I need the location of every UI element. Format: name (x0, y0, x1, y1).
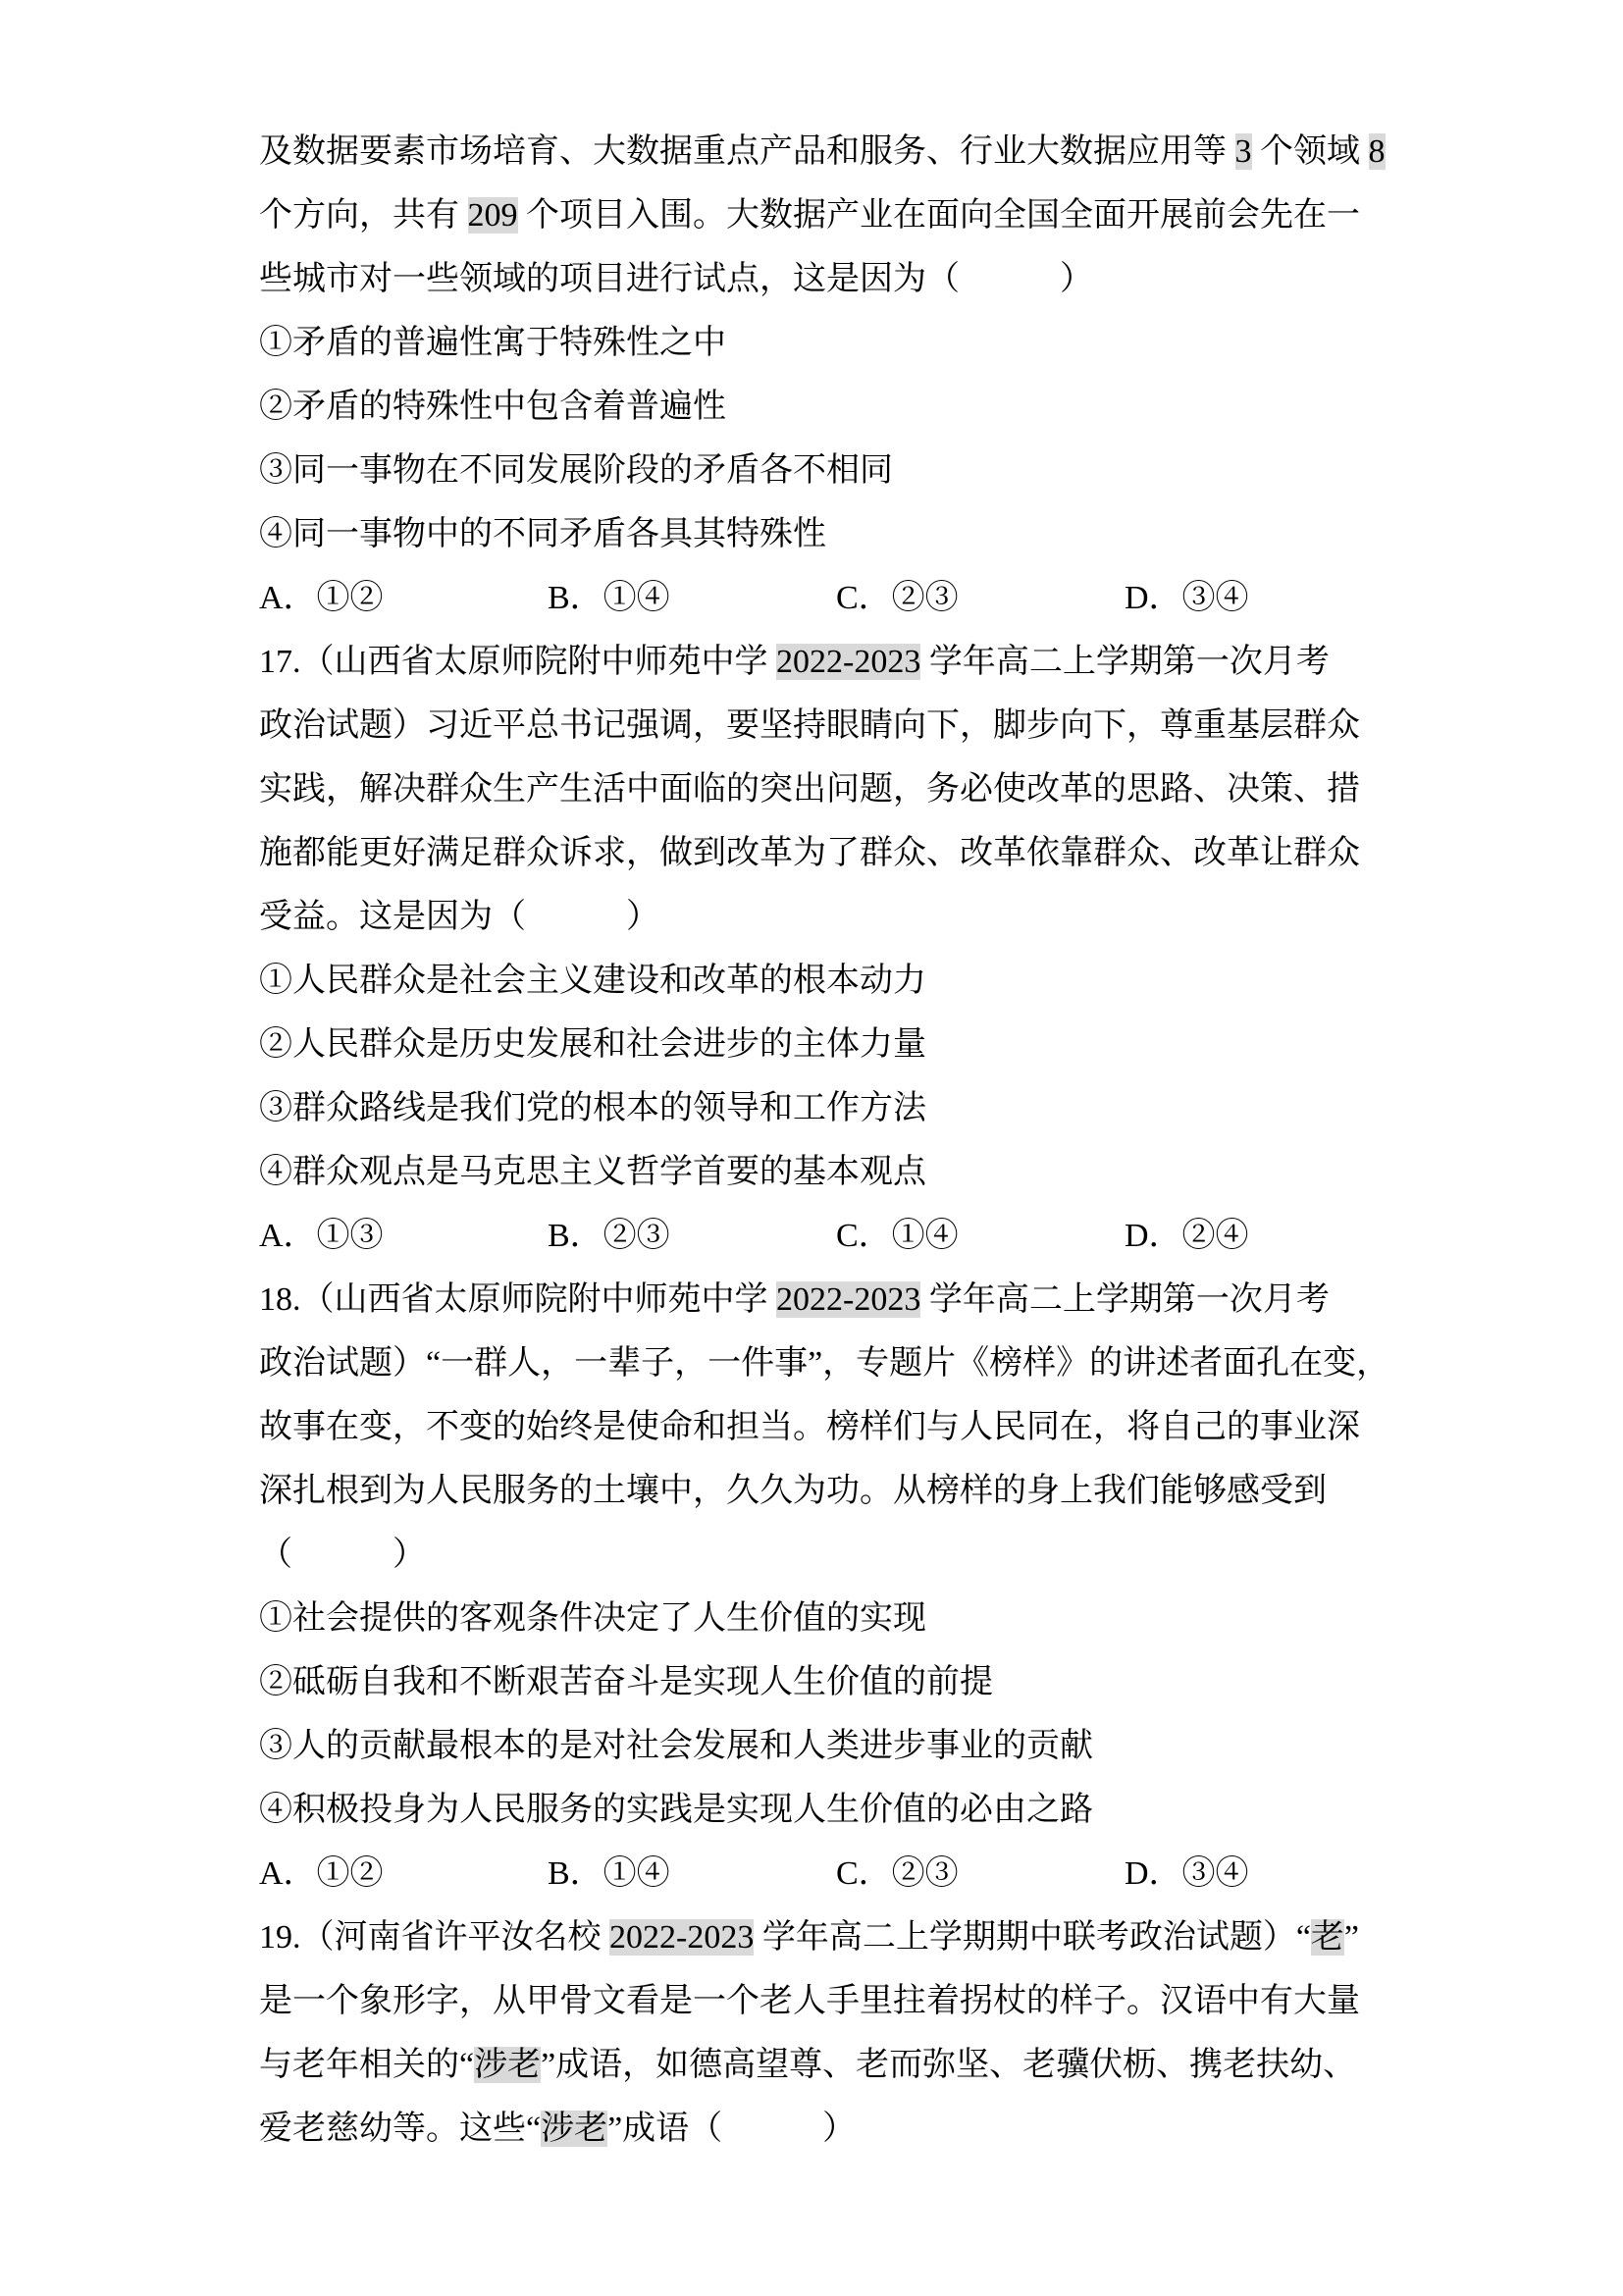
q16-line2-shaded-number: 209 (468, 197, 518, 234)
q17-body-line-1: 17.（山西省太原师院附中师苑中学 2022-2023 学年高二上学期第一次月考 (259, 630, 1446, 694)
q17-body-line-4: 施都能更好满足群众诉求，做到改革为了群众、改革依靠群众、改革让群众 (259, 821, 1446, 885)
q19-line1-text-c: ” (1344, 1919, 1359, 1956)
q17-line1-shaded-year: 2022-2023 (776, 644, 920, 680)
q17-option-3: ③群众路线是我们党的根本的领导和工作方法 (259, 1076, 1446, 1140)
q17-body-line-2: 政治试题）习近平总书记强调，要坚持眼睛向下，脚步向下，尊重基层群众 (259, 694, 1446, 757)
q19-body-line-1: 19.（河南省许平汝名校 2022-2023 学年高二上学期期中联考政治试题）“… (259, 1905, 1446, 1969)
q18-answer-c: C．②③ (836, 1842, 1125, 1905)
q16-option-3: ③同一事物在不同发展阶段的矛盾各不相同 (259, 439, 1446, 502)
q18-line1-text-a: 18.（山西省太原师院附中师苑中学 (259, 1281, 776, 1318)
q19-line3-shaded-term: 涉老 (474, 2047, 541, 2083)
document-content: 及数据要素市场培育、大数据重点产品和服务、行业大数据应用等 3 个领域 8 个方… (259, 120, 1446, 2161)
q19-line1-shaded-term: 老 (1311, 1919, 1344, 1956)
q16-line1-shaded-number-2: 8 (1369, 133, 1386, 170)
q18-line1-shaded-year: 2022-2023 (776, 1281, 920, 1318)
q18-body-line-1: 18.（山西省太原师院附中师苑中学 2022-2023 学年高二上学期第一次月考 (259, 1268, 1446, 1331)
q17-option-2: ②人民群众是历史发展和社会进步的主体力量 (259, 1013, 1446, 1076)
q18-body-line-2: 政治试题）“一群人，一辈子，一件事”，专题片《榜样》的讲述者面孔在变， (259, 1331, 1446, 1395)
q16-line1-text-a: 及数据要素市场培育、大数据重点产品和服务、行业大数据应用等 (259, 133, 1235, 170)
q16-body-line-1: 及数据要素市场培育、大数据重点产品和服务、行业大数据应用等 3 个领域 8 (259, 120, 1446, 183)
q17-line1-text-b: 学年高二上学期第一次月考 (920, 644, 1330, 680)
q18-answer-a: A．①② (259, 1842, 548, 1905)
q17-answer-row: A．①③ B．②③ C．①④ D．②④ (259, 1204, 1446, 1268)
q16-option-1: ①矛盾的普遍性寓于特殊性之中 (259, 311, 1446, 375)
q19-body-line-3: 与老年相关的“涉老”成语，如德高望尊、老而弥坚、老骥伏枥、携老扶幼、 (259, 2033, 1446, 2097)
q16-answer-d: D．③④ (1125, 566, 1249, 630)
q19-line1-text-a: 19.（河南省许平汝名校 (259, 1919, 609, 1956)
q19-line4-shaded-term: 涉老 (541, 2111, 607, 2147)
q19-line1-text-b: 学年高二上学期期中联考政治试题）“ (754, 1919, 1311, 1956)
q19-line4-text-b: ”成语（ ） (607, 2111, 856, 2147)
q19-line3-text-a: 与老年相关的“ (259, 2047, 474, 2083)
q16-line1-text-b: 个领域 (1252, 133, 1369, 170)
q18-option-4: ④积极投身为人民服务的实践是实现人生价值的必由之路 (259, 1778, 1446, 1842)
q16-line2-text-b: 个项目入围。大数据产业在面向全国全面开展前会先在一 (518, 197, 1361, 234)
exam-document-page: 及数据要素市场培育、大数据重点产品和服务、行业大数据应用等 3 个领域 8 个方… (0, 0, 1623, 2296)
q16-line1-shaded-number-1: 3 (1235, 133, 1252, 170)
q19-line1-shaded-year: 2022-2023 (609, 1919, 754, 1956)
q16-line2-text-a: 个方向，共有 (259, 197, 468, 234)
q18-answer-b: B．①④ (548, 1842, 836, 1905)
q16-option-2: ②矛盾的特殊性中包含着普遍性 (259, 375, 1446, 439)
q16-answer-a: A．①② (259, 566, 548, 630)
q17-body-line-3: 实践，解决群众生产生活中面临的突出问题，务必使改革的思路、决策、措 (259, 757, 1446, 821)
q16-body-line-3: 些城市对一些领域的项目进行试点，这是因为（ ） (259, 247, 1446, 311)
q18-answer-d: D．③④ (1125, 1842, 1249, 1905)
q18-option-3: ③人的贡献最根本的是对社会发展和人类进步事业的贡献 (259, 1714, 1446, 1778)
q17-answer-b: B．②③ (548, 1204, 836, 1268)
q16-option-4: ④同一事物中的不同矛盾各具其特殊性 (259, 502, 1446, 566)
q18-option-2: ②砥砺自我和不断艰苦奋斗是实现人生价值的前提 (259, 1650, 1446, 1714)
q18-body-line-5: （ ） (259, 1523, 1446, 1587)
q17-body-line-5: 受益。这是因为（ ） (259, 885, 1446, 949)
q17-answer-d: D．②④ (1125, 1204, 1249, 1268)
q17-answer-a: A．①③ (259, 1204, 548, 1268)
q19-line3-text-b: ”成语，如德高望尊、老而弥坚、老骥伏枥、携老扶幼、 (541, 2047, 1356, 2083)
q16-answer-b: B．①④ (548, 566, 836, 630)
q18-line1-text-b: 学年高二上学期第一次月考 (920, 1281, 1330, 1318)
q19-body-line-2: 是一个象形字，从甲骨文看是一个老人手里拄着拐杖的样子。汉语中有大量 (259, 1969, 1446, 2033)
q17-option-1: ①人民群众是社会主义建设和改革的根本动力 (259, 949, 1446, 1013)
q19-line4-text-a: 爱老慈幼等。这些“ (259, 2111, 541, 2147)
q17-option-4: ④群众观点是马克思主义哲学首要的基本观点 (259, 1140, 1446, 1204)
q19-body-line-4: 爱老慈幼等。这些“涉老”成语（ ） (259, 2097, 1446, 2161)
q17-line1-text-a: 17.（山西省太原师院附中师苑中学 (259, 644, 776, 680)
q18-option-1: ①社会提供的客观条件决定了人生价值的实现 (259, 1587, 1446, 1650)
q18-answer-row: A．①② B．①④ C．②③ D．③④ (259, 1842, 1446, 1905)
q18-body-line-3: 故事在变，不变的始终是使命和担当。榜样们与人民同在，将自己的事业深 (259, 1395, 1446, 1459)
q16-body-line-2: 个方向，共有 209 个项目入围。大数据产业在面向全国全面开展前会先在一 (259, 183, 1446, 247)
q16-answer-c: C．②③ (836, 566, 1125, 630)
q18-body-line-4: 深扎根到为人民服务的土壤中，久久为功。从榜样的身上我们能够感受到 (259, 1459, 1446, 1523)
q16-answer-row: A．①② B．①④ C．②③ D．③④ (259, 566, 1446, 630)
q17-answer-c: C．①④ (836, 1204, 1125, 1268)
